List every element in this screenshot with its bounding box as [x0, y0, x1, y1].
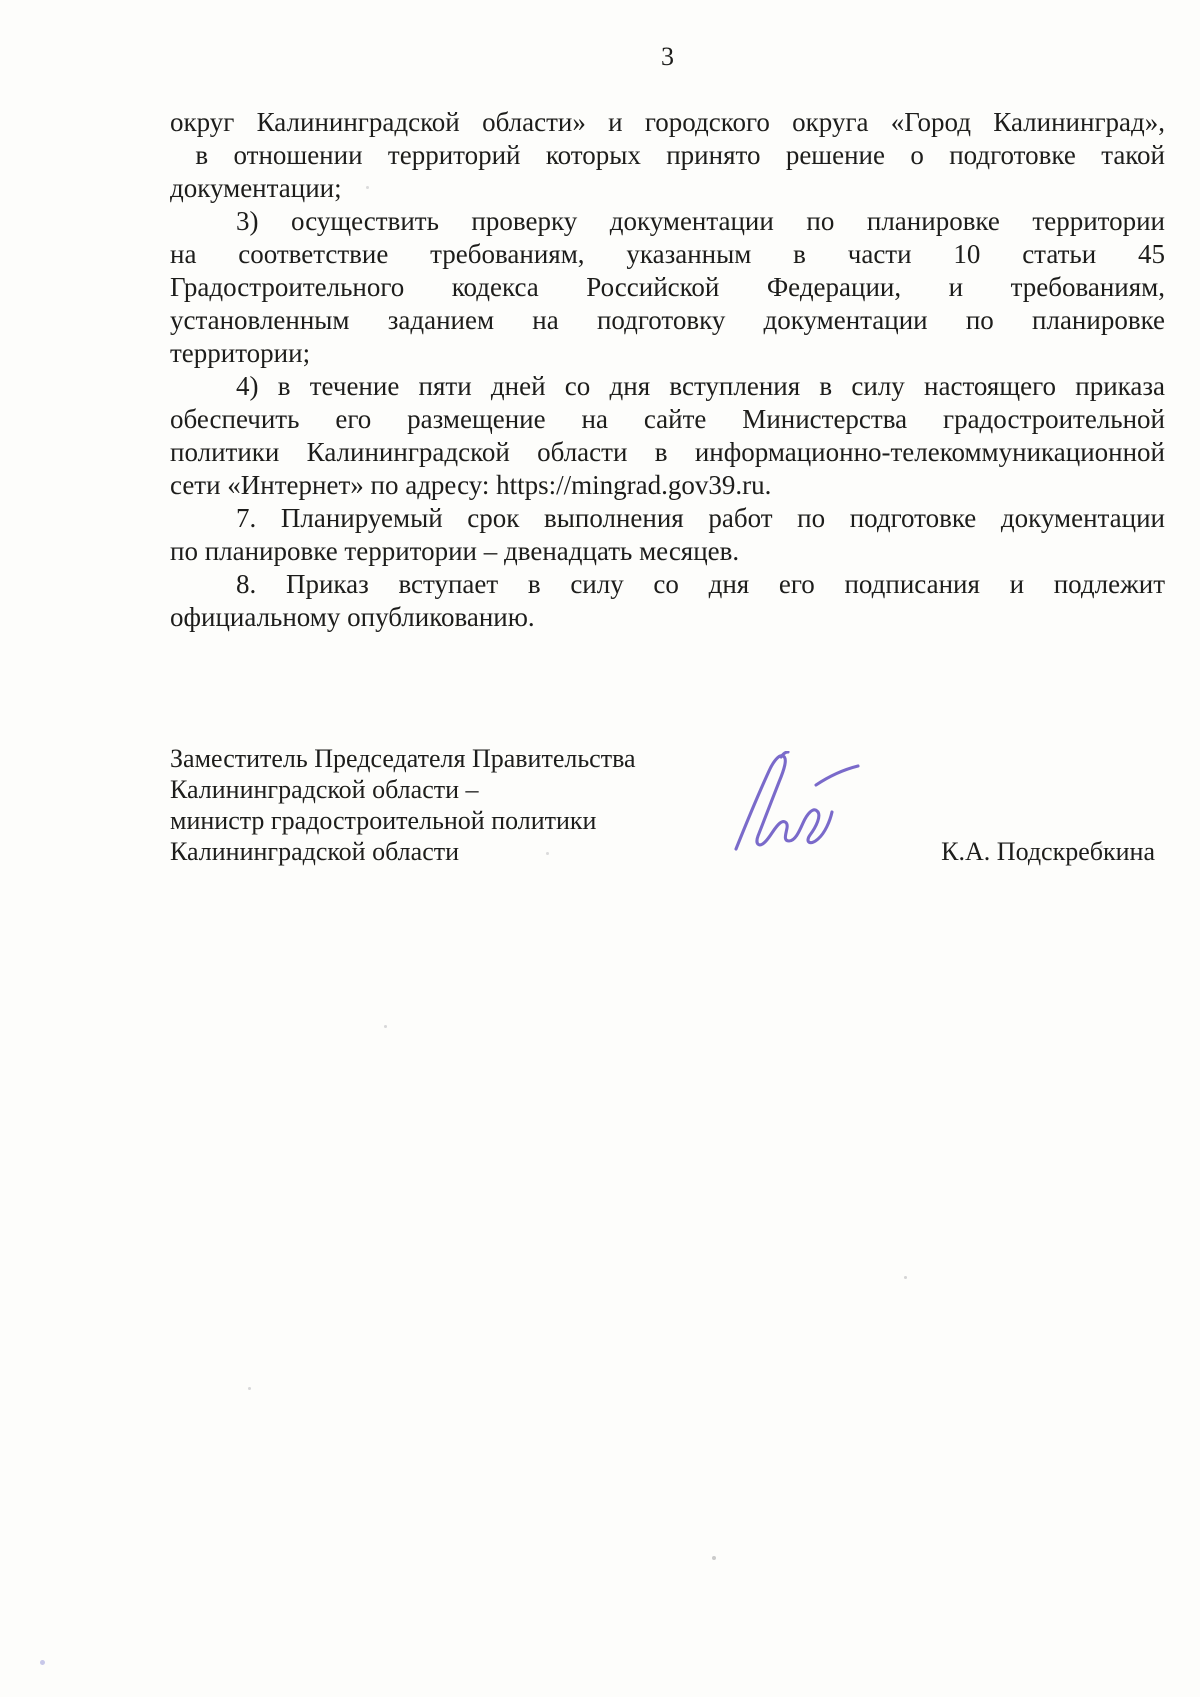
- handwritten-signature-icon: [728, 751, 863, 853]
- signer-position-line: министр градостроительной политики: [170, 805, 810, 836]
- text-line: в отношении территорий которых принято р…: [170, 139, 1165, 172]
- signer-position: Заместитель Председателя ПравительстваКа…: [170, 743, 810, 867]
- scan-speck: [546, 852, 549, 855]
- signer-position-line: Калининградской области –: [170, 774, 810, 805]
- scan-speck: [366, 186, 369, 189]
- text-line: установленным заданием на подготовку док…: [170, 304, 1165, 337]
- text-line: 3) осуществить проверку документации по …: [170, 205, 1165, 238]
- signer-name: К.А. Подскребкина: [941, 836, 1155, 867]
- text-line: официальному опубликованию.: [170, 601, 1165, 634]
- signer-position-line: Калининградской области: [170, 836, 810, 867]
- scan-speck: [40, 1660, 45, 1665]
- scan-speck: [904, 1276, 907, 1279]
- text-line: сети «Интернет» по адресу: https://mingr…: [170, 469, 1165, 502]
- page-number: 3: [170, 42, 1165, 72]
- signature-stroke-flourish: [816, 766, 858, 785]
- signature-stroke-main: [736, 756, 832, 849]
- text-line: по планировке территории – двенадцать ме…: [170, 535, 1165, 568]
- document-body: округ Калининградской области» и городск…: [170, 106, 1165, 634]
- text-line: Градостроительного кодекса Российской Фе…: [170, 271, 1165, 304]
- text-line: 7. Планируемый срок выполнения работ по …: [170, 502, 1165, 535]
- scan-speck: [712, 1556, 716, 1560]
- text-line: 8. Приказ вступает в силу со дня его под…: [170, 568, 1165, 601]
- text-line: округ Калининградской области» и городск…: [170, 106, 1165, 139]
- scan-speck: [384, 1025, 387, 1028]
- text-line: 4) в течение пяти дней со дня вступления…: [170, 370, 1165, 403]
- scan-speck: [1100, 845, 1103, 848]
- document-page: 3 округ Калининградской области» и город…: [0, 0, 1200, 1697]
- signer-position-line: Заместитель Председателя Правительства: [170, 743, 810, 774]
- scan-speck: [248, 1387, 251, 1390]
- text-line: обеспечить его размещение на сайте Минис…: [170, 403, 1165, 436]
- signature-block: Заместитель Председателя ПравительстваКа…: [170, 743, 1165, 883]
- text-line: на соответствие требованиям, указанным в…: [170, 238, 1165, 271]
- text-line: территории;: [170, 337, 1165, 370]
- text-line: документации;: [170, 172, 1165, 205]
- text-line: политики Калининградской области в инфор…: [170, 436, 1165, 469]
